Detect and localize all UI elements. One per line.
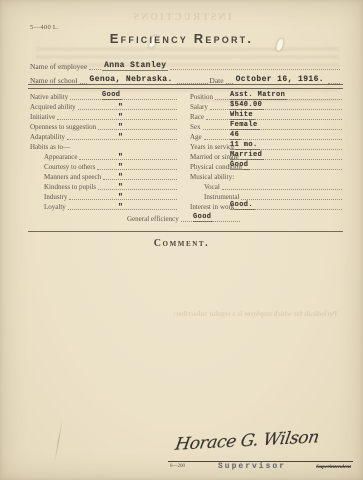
field-label: Initiative [30,113,55,121]
bleedthrough-instructions-heading: INSTRUCTIONS [0,12,363,23]
field-label: Musical ability: [190,173,234,181]
field-instrumental: Instrumental [190,191,343,201]
field-label: Sex [190,123,201,131]
field-age: Age46 [190,131,343,141]
field-openness-to-suggestion: Openness to suggestion" [30,121,178,131]
field-label: Kindness to pupils [30,183,96,191]
field-acquired-ability: Acquired ability" [30,101,178,111]
field-label: Position [190,93,213,101]
general-efficiency-value: Good [193,213,213,222]
field-label: Habits as to— [30,143,70,151]
typed-role-supervisor: Supervisor [218,462,286,471]
dotted-leader [98,189,177,190]
general-efficiency-label: General efficiency [127,215,179,223]
bleedthrough-text-blur [36,55,339,59]
dotted-leader [206,119,342,120]
field-label: Salary [190,103,208,111]
field-value: Female [230,121,260,130]
dotted-leader [222,189,342,190]
section-divider-rule [28,231,343,232]
employee-name-label: Name of employee [30,62,87,71]
ratings-left-column: Native abilityGoodAcquired ability"Initi… [30,91,178,211]
field-kindness-to-pupils: Kindness to pupils" [30,181,178,191]
field-label: Courtesy to others [30,163,95,171]
field-label: Loyalty [30,203,66,211]
bleedthrough-periodicals-line: Periodicals for which employee is a regu… [98,310,337,318]
field-race: RaceWhite [190,111,343,121]
footer-print-code: 6—200 [170,464,185,469]
printed-role-superintendent-struck: Superintendent [316,464,351,470]
field-value: 46 [230,131,241,140]
field-musical-ability: Musical ability: [190,171,343,181]
field-label: Native ability [30,93,68,101]
field-label: Race [190,113,204,121]
field-position: PositionAsst. Matron [190,91,343,101]
field-label: Age [190,133,202,141]
field-married-or-single: Married or singleMarried [190,151,343,161]
field-label: Appearance [30,153,77,161]
field-physical-condition: Physical conditionGood [190,161,343,171]
field-courtesy-to-others: Courtesy to others" [30,161,178,171]
field-habits-as-to: Habits as to— [30,141,178,151]
field-label: Years in service [190,143,234,151]
field-general-efficiency: General efficiency Good [127,213,241,223]
dotted-leader [70,99,177,100]
field-years-in-service: Years in service11 mo. [190,141,343,151]
bleedthrough-text-blur [36,47,339,51]
field-label: Instrumental [190,193,239,201]
field-manners-and-speech: Manners and speech" [30,171,178,181]
supervisor-signature: Horace G. Wilson [174,427,321,454]
dotted-leader [89,69,101,70]
dotted-leader [98,129,177,130]
field-label: Interest in work [190,203,234,211]
comment-heading: Comment. [0,238,363,249]
employee-name-row: Name of employee Anna Stanley [30,59,341,71]
field-label: Openness to suggestion [30,123,96,131]
field-native-ability: Native abilityGood [30,91,178,101]
field-vocal: Vocal [190,181,343,191]
field-label: Vocal [190,183,220,191]
field-appearance: Appearance" [30,151,178,161]
paper-crease [54,420,62,462]
field-value: Good [102,91,122,100]
field-label: Adaptability [30,133,65,141]
field-value: Asst. Matron [230,91,287,100]
section-divider-double-rule [28,84,343,89]
field-value: $540.00 [230,101,264,110]
field-salary: Salary$540.00 [190,101,343,111]
ditto-mark: " [118,203,125,212]
field-label: Acquired ability [30,103,76,111]
field-label: Manners and speech [30,173,101,181]
form-title: Efficiency Report. [0,31,363,46]
ratings-right-column: PositionAsst. MatronSalary$540.00RaceWhi… [190,91,343,211]
dotted-leader [241,199,342,200]
dotted-leader [78,109,177,110]
form-print-code: 5—400 L. [30,24,59,31]
field-loyalty: Loyalty" [30,201,178,211]
field-value: 11 mo. [230,141,260,150]
field-value: Good [230,161,250,170]
employee-name-value: Anna Stanley [102,61,168,71]
efficiency-report-form: INSTRUCTIONS Periodicals for which emplo… [0,0,363,480]
date-value: October 16, 1916. [234,75,326,85]
field-interest-in-work: Interest in workGood. [190,201,343,211]
field-value: White [230,111,255,120]
field-value: Good. [230,201,255,210]
dotted-leader [170,69,340,70]
dotted-leader [244,169,342,170]
field-sex: SexFemale [190,121,343,131]
dotted-leader [103,179,177,180]
school-name-value: Genoa, Nebraska. [88,75,175,85]
dotted-leader [203,129,343,130]
dotted-leader [97,169,177,170]
dotted-leader [204,139,342,140]
dotted-leader [79,159,177,160]
field-label: Industry [30,193,67,201]
field-initiative: Initiative" [30,111,178,121]
field-industry: Industry" [30,191,178,201]
ratings-section: Native abilityGoodAcquired ability"Initi… [30,91,343,211]
field-adaptability: Adaptability" [30,131,178,141]
field-value: Married [230,151,264,160]
